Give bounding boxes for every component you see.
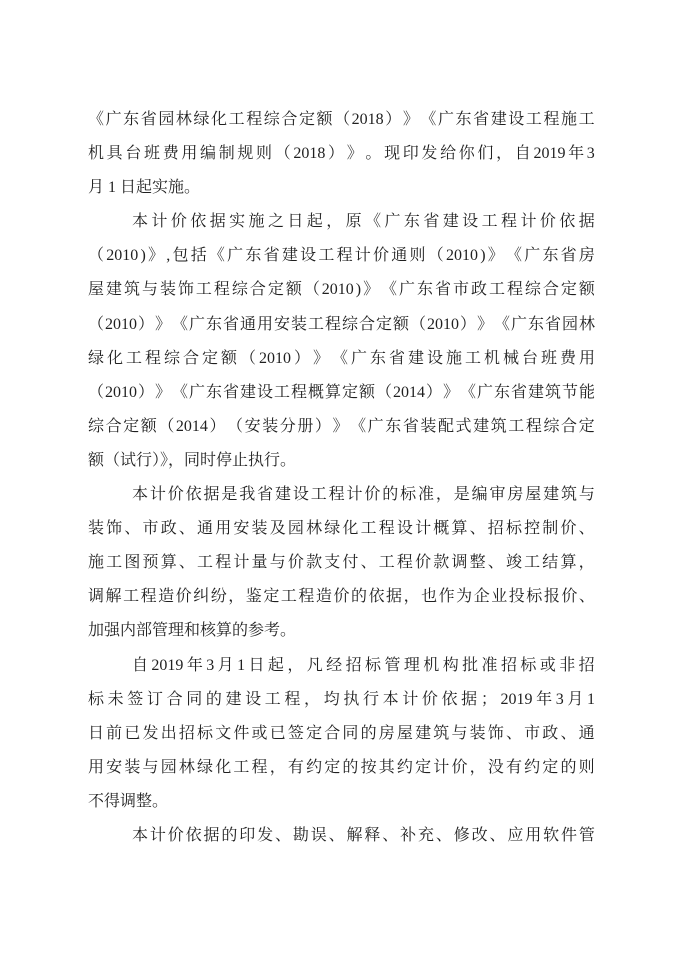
text-line: 装饰、市政、通用安装及园林绿化工程设计概算、招标控制价、 <box>88 512 595 546</box>
text-line: （2010）》《广东省通用安装工程综合定额（2010）》《广东省园林 <box>88 308 595 342</box>
text-line: 用安装与园林绿化工程，有约定的按其约定计价，没有约定的则 <box>88 751 595 785</box>
document-page: 《广东省园林绿化工程综合定额（2018）》《广东省建设工程施工机具台班费用编制规… <box>0 0 680 962</box>
text-line: 日前已发出招标文件或已签定合同的房屋建筑与装饰、市政、通 <box>88 717 595 751</box>
text-line: （2010)》,包括《广东省建设工程计价通则（2010)》《广东省房 <box>88 239 595 273</box>
text-line: 本计价依据的印发、勘误、解释、补充、修改、应用软件管 <box>88 819 595 853</box>
text-line: 调解工程造价纠纷，鉴定工程造价的依据，也作为企业投标报价、 <box>88 580 595 614</box>
text-line: 加强内部管理和核算的参考。 <box>88 614 595 648</box>
text-line: 绿化工程综合定额（2010）》《广东省建设施工机械台班费用 <box>88 342 595 376</box>
text-line: 月 1 日起实施。 <box>88 171 595 205</box>
text-line: 机具台班费用编制规则（2018）》。现印发给你们，自2019年3 <box>88 137 595 171</box>
text-line: 综合定额（2014）（安装分册）》《广东省装配式建筑工程综合定 <box>88 410 595 444</box>
text-line: 本计价依据是我省建设工程计价的标准，是编审房屋建筑与 <box>88 478 595 512</box>
text-line: 《广东省园林绿化工程综合定额（2018）》《广东省建设工程施工 <box>88 103 595 137</box>
document-body: 《广东省园林绿化工程综合定额（2018）》《广东省建设工程施工机具台班费用编制规… <box>88 103 595 853</box>
text-line: 本计价依据实施之日起，原《广东省建设工程计价依据 <box>88 205 595 239</box>
text-line: （2010）》《广东省建设工程概算定额（2014）》《广东省建筑节能 <box>88 376 595 410</box>
text-line: 屋建筑与装饰工程综合定额（2010)》《广东省市政工程综合定额 <box>88 273 595 307</box>
text-line: 标未签订合同的建设工程，均执行本计价依据；2019年3月1 <box>88 683 595 717</box>
text-line: 自2019年3月1日起，凡经招标管理机构批准招标或非招 <box>88 649 595 683</box>
text-line: 额（试行）》，同时停止执行。 <box>88 444 595 478</box>
text-line: 不得调整。 <box>88 785 595 819</box>
text-line: 施工图预算、工程计量与价款支付、工程价款调整、竣工结算， <box>88 546 595 580</box>
